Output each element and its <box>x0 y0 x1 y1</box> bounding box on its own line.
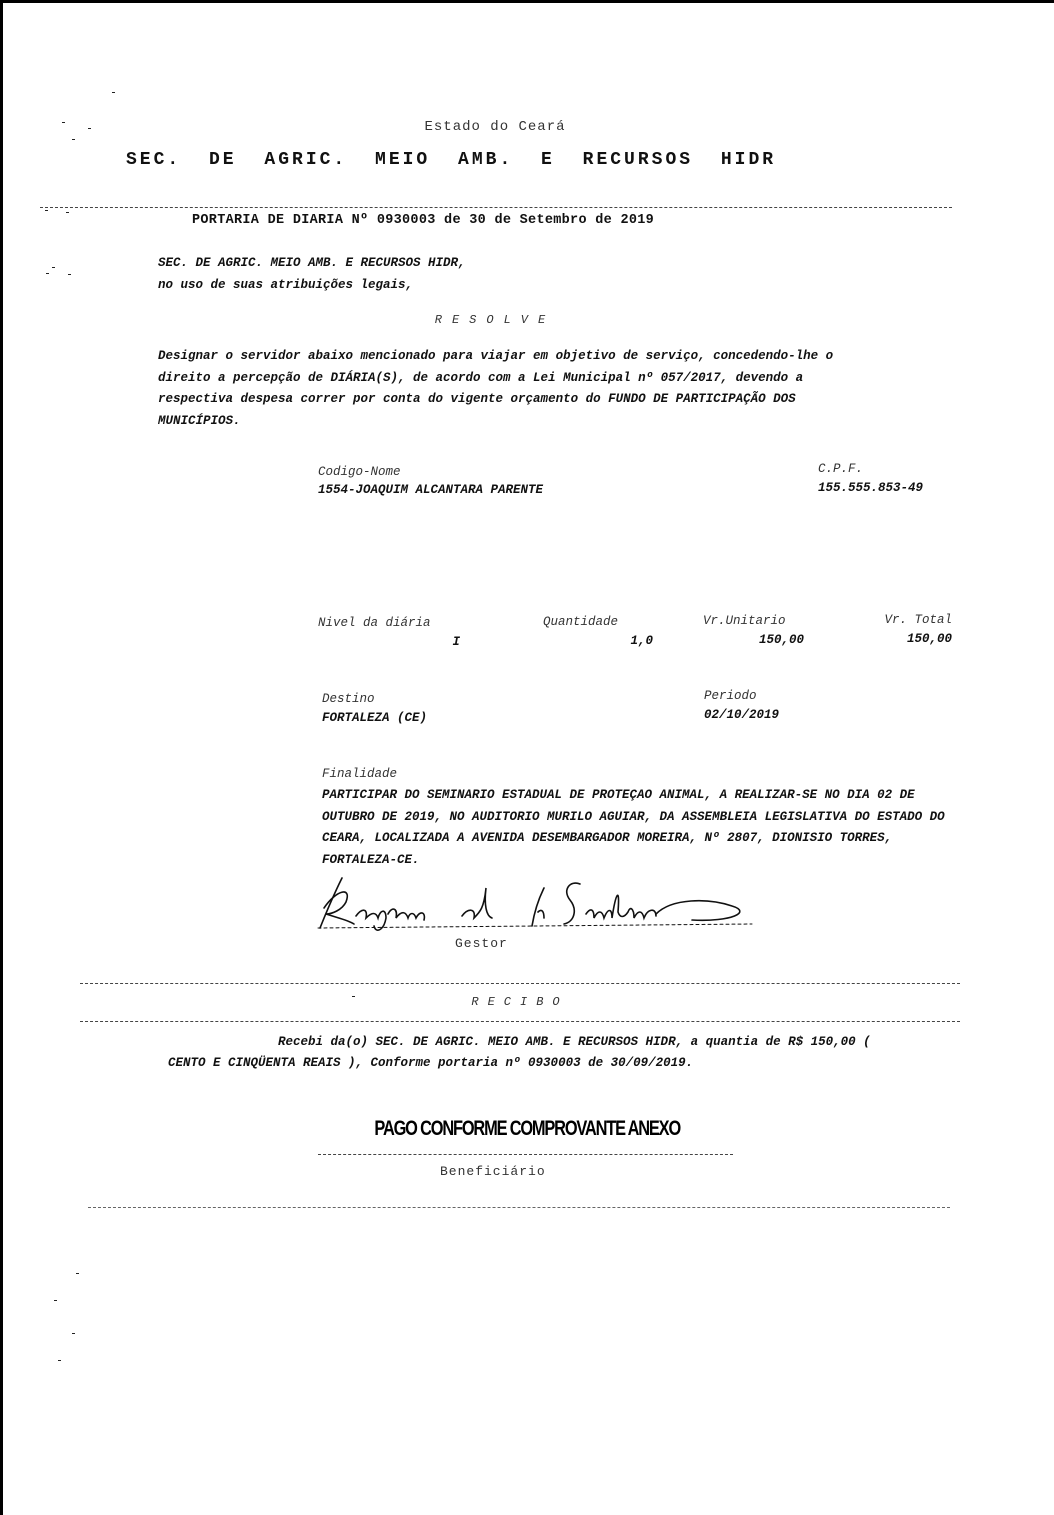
table-header-vr-unitario: Vr.Unitario <box>703 614 786 628</box>
recibo-title: RECIBO <box>0 995 1040 1009</box>
table-cell-vr-unitario: 150,00 <box>700 633 804 647</box>
scan-edge-top <box>0 0 1054 3</box>
table-header-nivel: Nivel da diária <box>318 616 431 630</box>
beneficiary-label: Beneficiário <box>440 1164 546 1179</box>
recibo-text: Recebi da(o) SEC. DE AGRIC. MEIO AMB. E … <box>168 1032 888 1074</box>
scan-edge-left <box>0 0 3 1515</box>
destino-label: Destino <box>322 692 375 706</box>
finalidade-label: Finalidade <box>322 767 397 781</box>
table-cell-vr-total: 150,00 <box>840 632 952 646</box>
table-header-vr-total: Vr. Total <box>840 613 952 627</box>
table-cell-quantidade: 1,0 <box>560 634 653 648</box>
codigo-nome-label: Codigo-Nome <box>318 465 401 479</box>
periodo-label: Periodo <box>704 689 757 703</box>
organization-title: SEC. DE AGRIC. MEIO AMB. E RECURSOS HIDR <box>126 150 776 170</box>
divider-top <box>40 207 952 208</box>
divider-recibo-top <box>80 983 960 984</box>
periodo-value: 02/10/2019 <box>704 708 779 722</box>
cpf-label: C.P.F. <box>818 462 863 476</box>
signature-image <box>312 868 772 938</box>
destino-value: FORTALEZA (CE) <box>322 711 427 725</box>
table-cell-nivel: I <box>400 635 460 649</box>
body-paragraph: Designar o servidor abaixo mencionado pa… <box>158 346 878 432</box>
finalidade-text: PARTICIPAR DO SEMINARIO ESTADUAL DE PROT… <box>322 785 952 871</box>
beneficiary-signature-line <box>318 1154 733 1155</box>
portaria-title: PORTARIA DE DIARIA Nº 0930003 de 30 de S… <box>192 213 654 228</box>
intro-line-2: no uso de suas atribuições legais, <box>158 278 413 292</box>
paid-stamp: PAGO CONFORME COMPROVANTE ANEXO <box>116 1117 938 1141</box>
table-header-quantidade: Quantidade <box>543 615 618 629</box>
cpf-value: 155.555.853-49 <box>818 481 923 495</box>
state-name: Estado do Ceará <box>0 119 990 135</box>
signer-role-label: Gestor <box>455 936 508 951</box>
divider-bottom <box>88 1207 950 1208</box>
codigo-nome-value: 1554-JOAQUIM ALCANTARA PARENTE <box>318 483 543 497</box>
intro-line-1: SEC. DE AGRIC. MEIO AMB. E RECURSOS HIDR… <box>158 256 466 270</box>
resolve-heading: RESOLVE <box>0 313 990 327</box>
divider-recibo-bottom <box>80 1021 960 1022</box>
